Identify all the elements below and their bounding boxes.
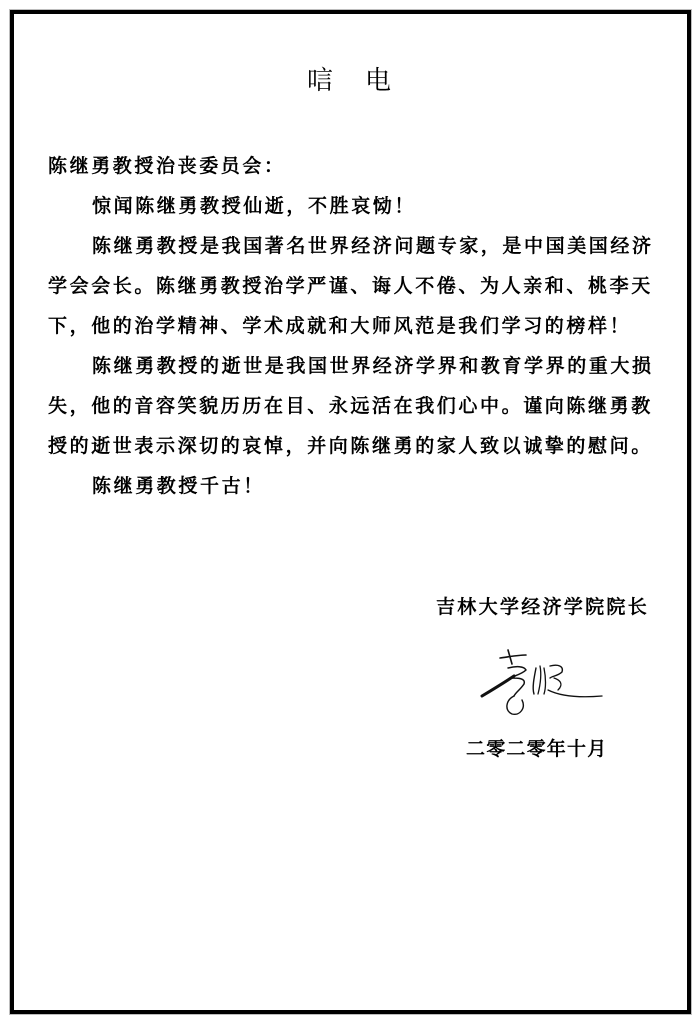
paragraph-4: 陈继勇教授千古！ xyxy=(48,466,658,506)
letter-body: 陈继勇教授治丧委员会： 惊闻陈继勇教授仙逝，不胜哀恸！ 陈继勇教授是我国著名世界… xyxy=(48,146,658,506)
salutation: 陈继勇教授治丧委员会： xyxy=(48,146,658,186)
document-title: 唁电 xyxy=(0,60,698,97)
signoff-institution: 吉林大学经济学院院长 xyxy=(436,592,649,619)
paragraph-2: 陈继勇教授是我国著名世界经济问题专家，是中国美国经济学会会长。陈继勇教授治学严谨… xyxy=(48,226,658,346)
paragraph-3: 陈继勇教授的逝世是我国世界经济学界和教育学界的重大损失，他的音容笑貌历历在目、永… xyxy=(48,346,658,466)
signoff-date: 二零二零年十月 xyxy=(466,734,607,761)
paragraph-1: 惊闻陈继勇教授仙逝，不胜哀恸！ xyxy=(48,186,658,226)
signature-icon xyxy=(478,646,608,718)
